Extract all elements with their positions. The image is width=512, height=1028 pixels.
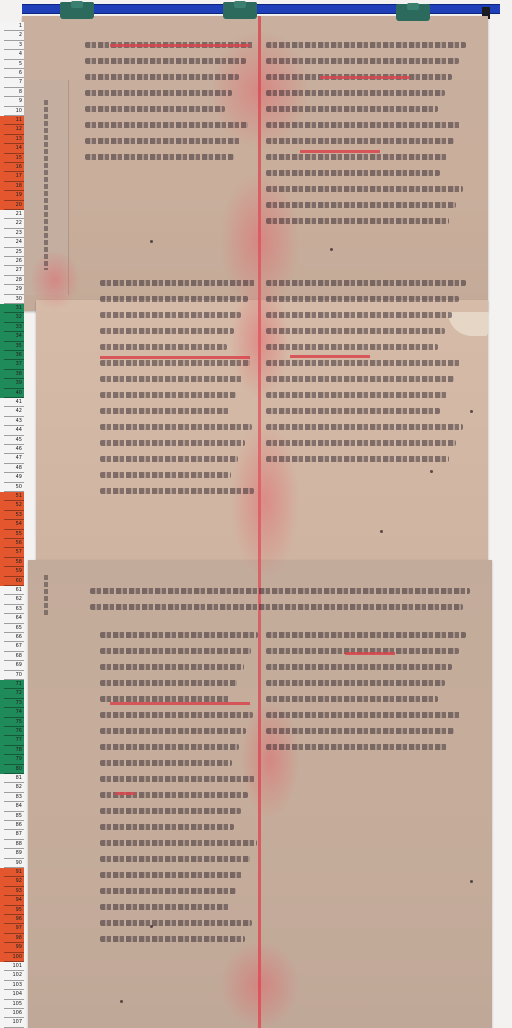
ruler-tick-label: 107: [4, 1018, 24, 1027]
handwritten-text-line: [85, 122, 248, 128]
handwritten-text-line: [266, 138, 454, 144]
ruler-tick-label: 92: [4, 877, 24, 886]
ruler-tick-label: 28: [4, 276, 24, 285]
ruler-tick-label: 19: [4, 191, 24, 200]
ruler-tick-label: 102: [4, 971, 24, 980]
ruler-segment: 31323334353637383940: [0, 304, 24, 398]
ruler-segment: 71727374757677787980: [0, 680, 24, 774]
ruler-tick-label: 22: [4, 219, 24, 228]
ruler-tick-label: 21: [4, 210, 24, 219]
handwritten-text-line: [266, 312, 452, 318]
ruler-tick-label: 2: [4, 31, 24, 40]
ruler-tick-label: 54: [4, 520, 24, 529]
handwritten-text-line: [100, 488, 254, 494]
ink-spot: [150, 925, 153, 928]
red-ink-stain: [30, 250, 80, 310]
ruler-tick-label: 75: [4, 718, 24, 727]
handwritten-text-line: [100, 872, 243, 878]
ruler-tick-label: 47: [4, 454, 24, 463]
ruler-tick-label: 77: [4, 736, 24, 745]
ruler-tick-label: 96: [4, 915, 24, 924]
ruler-segment: 81828384858687888990: [0, 774, 24, 868]
ruler-segment: 41424344454647484950: [0, 398, 24, 492]
ink-spot: [470, 410, 473, 413]
ruler-tick-label: 48: [4, 464, 24, 473]
ruler-tick-label: 1: [4, 22, 24, 31]
ruler-segment: 21222324252627282930: [0, 210, 24, 304]
handwritten-text-line: [85, 154, 234, 160]
handwritten-text-line: [100, 376, 243, 382]
ruler-tick-label: 74: [4, 708, 24, 717]
ruler-tick-label: 34: [4, 332, 24, 341]
ruler-tick-label: 12: [4, 125, 24, 134]
ruler-tick-label: 50: [4, 483, 24, 492]
handwritten-text-line: [100, 664, 244, 670]
ruler-tick-label: 88: [4, 840, 24, 849]
handwritten-text-line: [266, 632, 466, 638]
handwritten-text-line: [85, 58, 246, 64]
handwritten-text-line: [266, 360, 461, 366]
binder-clip: [60, 2, 94, 19]
ruler-tick-label: 67: [4, 642, 24, 651]
handwritten-text-line: [266, 106, 438, 112]
ruler-tick-label: 6: [4, 69, 24, 78]
handwritten-text-line: [100, 936, 245, 942]
ruler-tick-label: 106: [4, 1009, 24, 1018]
handwritten-text-line: [100, 808, 241, 814]
handwritten-text-line: [100, 344, 227, 350]
ruler-tick-label: 46: [4, 445, 24, 454]
ruler-tick-label: 5: [4, 60, 24, 69]
ruler-tick-label: 29: [4, 285, 24, 294]
ruler-tick-label: 87: [4, 830, 24, 839]
ruler-tick-label: 37: [4, 360, 24, 369]
ruler-tick-label: 43: [4, 417, 24, 426]
ruler-tick-label: 23: [4, 229, 24, 238]
handwritten-text-line: [100, 904, 229, 910]
ruler-segment: 12345678910: [0, 22, 24, 116]
binder-clip: [223, 2, 257, 19]
handwritten-text-line: [100, 824, 234, 830]
handwritten-text-line: [100, 280, 255, 286]
ruler-tick-label: 32: [4, 313, 24, 322]
ruler-tick-label: 27: [4, 266, 24, 275]
red-underline-annotation: [110, 702, 250, 705]
ruler-tick-label: 30: [4, 295, 24, 304]
handwritten-text-line: [100, 744, 239, 750]
handwritten-text-line: [100, 440, 245, 446]
ruler-segment: 919293949596979899100: [0, 868, 24, 962]
handwritten-text-line: [100, 920, 252, 926]
ruler-tick-label: 55: [4, 530, 24, 539]
handwritten-text-line: [85, 106, 225, 112]
ink-spot: [330, 248, 333, 251]
ruler-tick-label: 73: [4, 699, 24, 708]
ruler-tick-label: 33: [4, 323, 24, 332]
ruler-tick-label: 59: [4, 567, 24, 576]
ruler-tick-label: 14: [4, 144, 24, 153]
ruler-tick-label: 44: [4, 426, 24, 435]
red-ink-stain: [240, 700, 300, 820]
red-underline-annotation: [100, 356, 250, 359]
ruler-tick-label: 97: [4, 924, 24, 933]
handwritten-text-line: [100, 424, 252, 430]
ruler-tick-label: 57: [4, 548, 24, 557]
ruler-tick-label: 83: [4, 793, 24, 802]
handwritten-text-line: [100, 760, 232, 766]
handwritten-text-line: [266, 170, 440, 176]
ruler-tick-label: 39: [4, 379, 24, 388]
ruler-tick-label: 58: [4, 558, 24, 567]
handwritten-text-line: [266, 202, 456, 208]
handwritten-text-line: [100, 712, 253, 718]
handwritten-text-line: [266, 392, 447, 398]
ruler-tick-label: 61: [4, 586, 24, 595]
ruler-tick-label: 51: [4, 492, 24, 501]
ink-spot: [470, 880, 473, 883]
ruler-tick-label: 101: [4, 962, 24, 971]
handwritten-text-line: [266, 712, 461, 718]
binder-clip: [396, 4, 430, 21]
ruler-tick-label: 80: [4, 765, 24, 774]
ruler-tick-label: 10: [4, 107, 24, 116]
ruler-tick-label: 66: [4, 633, 24, 642]
red-underline-annotation: [300, 150, 380, 153]
handwritten-text-line: [100, 648, 251, 654]
handwritten-text-line: [266, 344, 438, 350]
ruler-tick-label: 99: [4, 943, 24, 952]
ruler-tick-label: 9: [4, 97, 24, 106]
ruler-tick-label: 26: [4, 257, 24, 266]
handwritten-text-line: [266, 744, 447, 750]
ruler-tick-label: 65: [4, 624, 24, 633]
ruler-tick-label: 76: [4, 727, 24, 736]
ruler-segment: 61626364656667686970: [0, 586, 24, 680]
ruler-tick-label: 25: [4, 248, 24, 257]
ruler-tick-label: 60: [4, 577, 24, 586]
red-underline-annotation: [110, 44, 250, 47]
ruler-tick-label: 100: [4, 953, 24, 962]
red-underline-annotation: [345, 652, 395, 655]
handwritten-text-line: [90, 588, 470, 594]
handwritten-text-line: [266, 218, 449, 224]
ruler-tick-label: 91: [4, 868, 24, 877]
handwritten-text-line: [266, 424, 463, 430]
ruler-tick-label: 40: [4, 389, 24, 398]
handwritten-text-line: [266, 440, 456, 446]
ruler-tick-label: 56: [4, 539, 24, 548]
red-center-line: [258, 16, 261, 1028]
ruler-tick-label: 95: [4, 906, 24, 915]
handwritten-text-line: [100, 856, 250, 862]
ruler-segment: 51525354555657585960: [0, 492, 24, 586]
handwritten-text-line: [100, 888, 236, 894]
ruler-tick-label: 98: [4, 934, 24, 943]
ruler-tick-label: 24: [4, 238, 24, 247]
handwritten-text-line: [100, 776, 255, 782]
measuring-ruler: 1234567891011121314151617181920212223242…: [0, 22, 24, 1028]
vertical-margin-note: [44, 575, 48, 615]
handwritten-text-line: [266, 90, 445, 96]
handwritten-text-line: [266, 456, 449, 462]
ruler-tick-label: 78: [4, 746, 24, 755]
handwritten-text-line: [100, 312, 241, 318]
ruler-tick-label: 81: [4, 774, 24, 783]
red-underline-annotation: [115, 792, 135, 795]
ink-spot: [430, 470, 433, 473]
handwritten-text-line: [266, 122, 461, 128]
ruler-tick-label: 45: [4, 436, 24, 445]
ruler-tick-label: 104: [4, 990, 24, 999]
handwritten-text-line: [266, 664, 452, 670]
handwritten-text-line: [266, 296, 459, 302]
ruler-tick-label: 13: [4, 135, 24, 144]
handwritten-text-line: [266, 328, 445, 334]
ruler-tick-label: 69: [4, 661, 24, 670]
red-underline-annotation: [290, 355, 370, 358]
ink-spot: [150, 240, 153, 243]
ruler-tick-label: 63: [4, 605, 24, 614]
ruler-tick-label: 41: [4, 398, 24, 407]
ruler-tick-label: 103: [4, 981, 24, 990]
handwritten-text-line: [90, 604, 463, 610]
ruler-tick-label: 71: [4, 680, 24, 689]
vertical-margin-note: [44, 100, 48, 270]
ruler-tick-label: 82: [4, 783, 24, 792]
handwritten-text-line: [266, 680, 445, 686]
ruler-tick-label: 49: [4, 473, 24, 482]
ruler-tick-label: 89: [4, 849, 24, 858]
handwritten-text-line: [266, 376, 454, 382]
ruler-tick-label: 38: [4, 370, 24, 379]
handwritten-text-line: [266, 696, 438, 702]
handwritten-text-line: [266, 154, 447, 160]
handwritten-text-line: [100, 408, 229, 414]
ruler-tick-label: 17: [4, 172, 24, 181]
handwritten-text-line: [100, 632, 258, 638]
ruler-tick-label: 70: [4, 671, 24, 680]
ruler-tick-label: 72: [4, 689, 24, 698]
ruler-tick-label: 93: [4, 887, 24, 896]
ruler-tick-label: 52: [4, 501, 24, 510]
handwritten-text-line: [100, 296, 248, 302]
ruler-tick-label: 31: [4, 304, 24, 313]
handwritten-text-line: [100, 360, 250, 366]
ruler-tick-label: 53: [4, 511, 24, 520]
ruler-tick-label: 105: [4, 1000, 24, 1009]
ruler-tick-label: 42: [4, 407, 24, 416]
handwritten-text-line: [100, 392, 236, 398]
ruler-tick-label: 85: [4, 812, 24, 821]
ruler-segment: 101102103104105106107: [0, 962, 24, 1028]
ruler-tick-label: 20: [4, 201, 24, 210]
handwritten-text-line: [100, 328, 234, 334]
ruler-tick-label: 16: [4, 163, 24, 172]
ruler-tick-label: 7: [4, 78, 24, 87]
handwritten-text-line: [100, 680, 237, 686]
handwritten-text-line: [266, 42, 466, 48]
handwritten-text-line: [100, 728, 246, 734]
handwritten-text-line: [266, 728, 454, 734]
handwritten-text-line: [100, 840, 257, 846]
handwritten-text-line: [100, 456, 238, 462]
ruler-tick-label: 8: [4, 88, 24, 97]
handwritten-text-line: [85, 74, 239, 80]
ruler-tick-label: 36: [4, 351, 24, 360]
ruler-tick-label: 79: [4, 755, 24, 764]
handwritten-text-line: [266, 280, 466, 286]
handwritten-text-line: [100, 472, 231, 478]
handwritten-text-line: [266, 408, 440, 414]
ruler-tick-label: 18: [4, 182, 24, 191]
ruler-tick-label: 84: [4, 802, 24, 811]
ruler-segment: 11121314151617181920: [0, 116, 24, 210]
handwritten-text-line: [266, 186, 463, 192]
ruler-tick-label: 90: [4, 859, 24, 868]
red-underline-annotation: [320, 76, 410, 79]
ruler-tick-label: 35: [4, 342, 24, 351]
ruler-tick-label: 64: [4, 614, 24, 623]
ruler-tick-label: 3: [4, 41, 24, 50]
handwritten-text-line: [266, 58, 459, 64]
handwritten-text-line: [85, 138, 241, 144]
ruler-tick-label: 68: [4, 652, 24, 661]
ruler-tick-label: 94: [4, 896, 24, 905]
handwritten-text-line: [85, 90, 232, 96]
ink-spot: [120, 1000, 123, 1003]
ruler-tick-label: 11: [4, 116, 24, 125]
ruler-tick-label: 62: [4, 595, 24, 604]
ruler-tick-label: 4: [4, 50, 24, 59]
ruler-tick-label: 86: [4, 821, 24, 830]
ink-spot: [380, 530, 383, 533]
ruler-tick-label: 15: [4, 154, 24, 163]
